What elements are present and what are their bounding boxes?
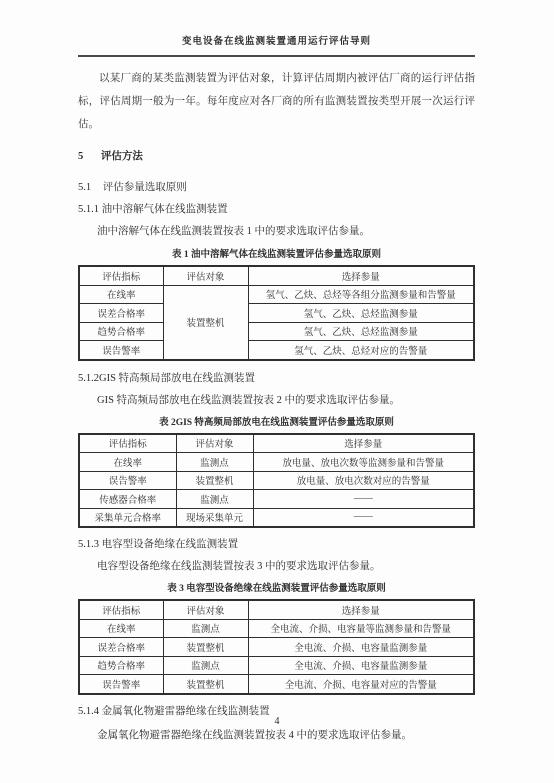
table-3: 评估指标 评估对象 选择参量 在线率 监测点 全电流、介损、电容量等监测参量和告… xyxy=(78,599,475,695)
table-1-col-header-parameter: 选择参量 xyxy=(248,266,474,285)
cell-parameter: 放电量、放电次数对应的告警量 xyxy=(253,471,474,490)
cell-parameter: 全电流、介损、电容量监测参量 xyxy=(248,638,474,657)
cell-indicator: 传感器合格率 xyxy=(79,490,176,509)
table-3-col-header-parameter: 选择参量 xyxy=(248,600,474,619)
cell-object: 现场采集单元 xyxy=(176,508,253,527)
table-3-caption: 表 3 电容型设备绝缘在线监测装置评估参量选取原则 xyxy=(78,583,475,595)
section-5-1-heading: 5.1 评估参量选取原则 xyxy=(78,181,475,194)
table-2-col-header-indicator: 评估指标 xyxy=(79,434,176,453)
table-row: 在线率 监测点 全电流、介损、电容量等监测参量和告警量 xyxy=(79,619,474,638)
table-row: 误差合格率 装置整机 全电流、介损、电容量监测参量 xyxy=(79,638,474,657)
section-5-number: 5 xyxy=(78,150,83,163)
cell-indicator: 误差合格率 xyxy=(79,304,163,323)
cell-indicator: 趋势合格率 xyxy=(79,656,163,675)
cell-object-merged: 装置整机 xyxy=(163,285,248,360)
page-number: 4 xyxy=(0,716,554,727)
cell-parameter: 氢气、乙炔、总烃监测参量 xyxy=(248,304,474,323)
table-1-col-header-object: 评估对象 xyxy=(163,266,248,285)
cell-parameter: —— xyxy=(253,508,474,527)
table-2-col-header-parameter: 选择参量 xyxy=(253,434,474,453)
cell-object: 监测点 xyxy=(176,453,253,472)
table-row: 采集单元合格率 现场采集单元 —— xyxy=(79,508,474,527)
table-1-caption: 表 1 油中溶解气体在线监测装置评估参量选取原则 xyxy=(78,249,475,261)
section-5-title: 评估方法 xyxy=(101,151,143,162)
cell-parameter: 放电量、放电次数等监测参量和告警量 xyxy=(253,453,474,472)
cell-indicator: 在线率 xyxy=(79,619,163,638)
cell-indicator: 误告警率 xyxy=(79,341,163,360)
section-5-heading: 5 评估方法 xyxy=(78,150,475,163)
cell-object: 监测点 xyxy=(176,490,253,509)
table-3-col-header-object: 评估对象 xyxy=(163,600,248,619)
header-rule xyxy=(78,55,475,57)
section-5-1-3-heading: 5.1.3 电容型设备绝缘在线监测装置 xyxy=(78,538,475,551)
cell-parameter: 全电流、介损、电容量等监测参量和告警量 xyxy=(248,619,474,638)
section-5-1-2-heading: 5.1.2GIS 特高频局部放电在线监测装置 xyxy=(78,372,475,385)
cell-parameter: 氢气、乙炔、总烃对应的告警量 xyxy=(248,341,474,360)
cell-parameter: 全电流、介损、电容量监测参量 xyxy=(248,656,474,675)
table-row: 误差合格率 氢气、乙炔、总烃监测参量 xyxy=(79,304,474,323)
cell-parameter: 氢气、乙炔、总烃等各组分监测参量和告警量 xyxy=(248,285,474,304)
cell-object: 监测点 xyxy=(163,656,248,675)
cell-indicator: 误告警率 xyxy=(79,471,176,490)
cell-indicator: 在线率 xyxy=(79,453,176,472)
table-2-caption: 表 2GIS 特高频局部放电在线监测装置评估参量选取原则 xyxy=(78,417,475,429)
section-5-1-4-body: 金属氧化物避雷器绝缘在线监测装置按表 4 中的要求选取评估参量。 xyxy=(78,729,475,743)
section-5-1-title: 评估参量选取原则 xyxy=(103,182,187,193)
table-row: 误告警率 装置整机 放电量、放电次数对应的告警量 xyxy=(79,471,474,490)
table-1-col-header-indicator: 评估指标 xyxy=(79,266,163,285)
table-2-header-row: 评估指标 评估对象 选择参量 xyxy=(79,434,474,453)
section-5-1-1-body: 油中溶解气体在线监测装置按表 1 中的要求选取评估参量。 xyxy=(78,225,475,239)
table-row: 误告警率 氢气、乙炔、总烃对应的告警量 xyxy=(79,341,474,360)
table-1-header-row: 评估指标 评估对象 选择参量 xyxy=(79,266,474,285)
cell-indicator: 误差合格率 xyxy=(79,638,163,657)
cell-object: 装置整机 xyxy=(163,638,248,657)
cell-parameter: 氢气、乙炔、总烃监测参量 xyxy=(248,322,474,341)
cell-indicator: 采集单元合格率 xyxy=(79,508,176,527)
table-row: 在线率 监测点 放电量、放电次数等监测参量和告警量 xyxy=(79,453,474,472)
section-5-1-3-body: 电容型设备绝缘在线监测装置按表 3 中的要求选取评估参量。 xyxy=(78,560,475,574)
table-row: 传感器合格率 监测点 —— xyxy=(79,490,474,509)
table-2: 评估指标 评估对象 选择参量 在线率 监测点 放电量、放电次数等监测参量和告警量… xyxy=(78,433,475,529)
table-2-col-header-object: 评估对象 xyxy=(176,434,253,453)
section-5-1-2-body: GIS 特高频局部放电在线监测装置按表 2 中的要求选取评估参量。 xyxy=(78,394,475,408)
cell-indicator: 在线率 xyxy=(79,285,163,304)
table-row: 误告警率 装置整机 全电流、介损、电容量对应的告警量 xyxy=(79,675,474,694)
document-page: 变电设备在线监测装置通用运行评估导则 以某厂商的某类监测装置为评估对象，计算评估… xyxy=(0,0,554,783)
cell-parameter: —— xyxy=(253,490,474,509)
cell-indicator: 误告警率 xyxy=(79,675,163,694)
section-5-1-number: 5.1 xyxy=(78,181,91,194)
table-row: 趋势合格率 氢气、乙炔、总烃监测参量 xyxy=(79,322,474,341)
document-header-title: 变电设备在线监测装置通用运行评估导则 xyxy=(78,36,475,49)
cell-object: 装置整机 xyxy=(163,675,248,694)
intro-paragraph: 以某厂商的某类监测装置为评估对象，计算评估周期内被评估厂商的运行评估指标，评估周… xyxy=(78,67,475,136)
section-5-1-1-heading: 5.1.1 油中溶解气体在线监测装置 xyxy=(78,203,475,216)
table-1: 评估指标 评估对象 选择参量 在线率 装置整机 氢气、乙炔、总烃等各组分监测参量… xyxy=(78,265,475,361)
table-row: 在线率 装置整机 氢气、乙炔、总烃等各组分监测参量和告警量 xyxy=(79,285,474,304)
cell-object: 装置整机 xyxy=(176,471,253,490)
table-row: 趋势合格率 监测点 全电流、介损、电容量监测参量 xyxy=(79,656,474,675)
table-3-col-header-indicator: 评估指标 xyxy=(79,600,163,619)
cell-parameter: 全电流、介损、电容量对应的告警量 xyxy=(248,675,474,694)
cell-object: 监测点 xyxy=(163,619,248,638)
cell-indicator: 趋势合格率 xyxy=(79,322,163,341)
table-3-header-row: 评估指标 评估对象 选择参量 xyxy=(79,600,474,619)
